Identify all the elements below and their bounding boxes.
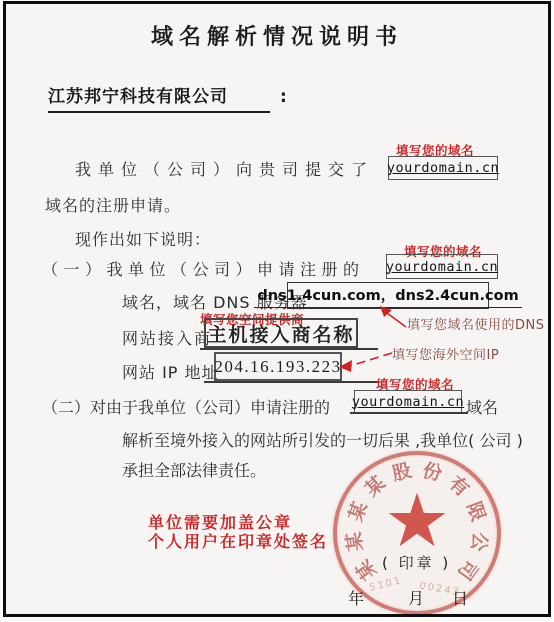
date-month-label: 月 [408,586,424,609]
seal-instruction-note: 单位需要加盖公章 个人用户在印章处签名 [148,513,328,551]
ip-field: 204.16.193.223 [214,352,342,381]
domain-field-1: yourdomain.cn [388,156,498,180]
item2-line1-prefix: （二）对由于我单位（公司）申请注册的 [42,395,330,418]
item2-line2: 解析至境外接入的网站所引发的一切后果 ,我单位( 公司 ) [122,428,523,451]
dns-arrow-icon [378,306,410,330]
domain-value-2: yourdomain.cn [386,259,498,275]
date-day-label: 日 [452,586,468,609]
item2-line3: 承担全部法律责任。 [122,458,266,481]
ip-underline [204,381,378,383]
isp-field: 主机接入商名称 [204,318,358,348]
seal-arc-char: 公 [466,531,495,554]
intro-line3: 现作出如下说明： [75,227,211,250]
ip-arrow-icon [336,348,396,374]
annotation-fill-overseas-ip: 填写您海外空间IP [392,344,499,363]
domain-value-3: yourdomain.cn [352,394,464,410]
dns-value: dns1.4cun.com，dns2.4cun.com [254,284,521,308]
document-page: 域名解析情况说明书 江苏邦宁科技有限公司: 填写您的域名 我单位（公司）向贵司提… [3,1,551,617]
date-year-label: 年 [348,586,364,609]
seal-note-line2: 个人用户在印章处签名 [148,532,328,551]
seal-arc-char: 某 [339,531,368,554]
domain3-underline [350,412,468,414]
seal-placeholder-label: ( 印章 ) [382,552,451,573]
ip-value: 204.16.193.223 [214,357,341,377]
ip-label: 网站 IP 地址 [122,360,219,383]
domain-field-2: yourdomain.cn [386,254,498,279]
intro-line1: 我单位（公司）向贵司提交了 [75,157,374,180]
dns-field: dns1.4cun.com，dns2.4cun.com [287,282,489,309]
document-title: 域名解析情况说明书 [6,20,548,51]
salutation-colon: : [280,87,287,107]
domain-value-1: yourdomain.cn [387,160,499,176]
seal-note-line1: 单位需要加盖公章 [148,513,328,532]
domain-field-3: yourdomain.cn [354,390,462,413]
intro-line2: 域名的注册申请。 [45,193,181,216]
isp-value: 主机接入商名称 [207,320,354,347]
isp-label: 网站接入商 [122,326,212,349]
item2-line1-suffix: 域名 [466,395,498,418]
salutation-line: 江苏邦宁科技有限公司: [48,82,287,113]
item1-line1: （一）我单位（公司）申请注册的 [42,257,365,280]
annotation-fill-dns: 填写您域名使用的DNS [407,314,545,333]
company-name: 江苏邦宁科技有限公司 [48,82,270,113]
